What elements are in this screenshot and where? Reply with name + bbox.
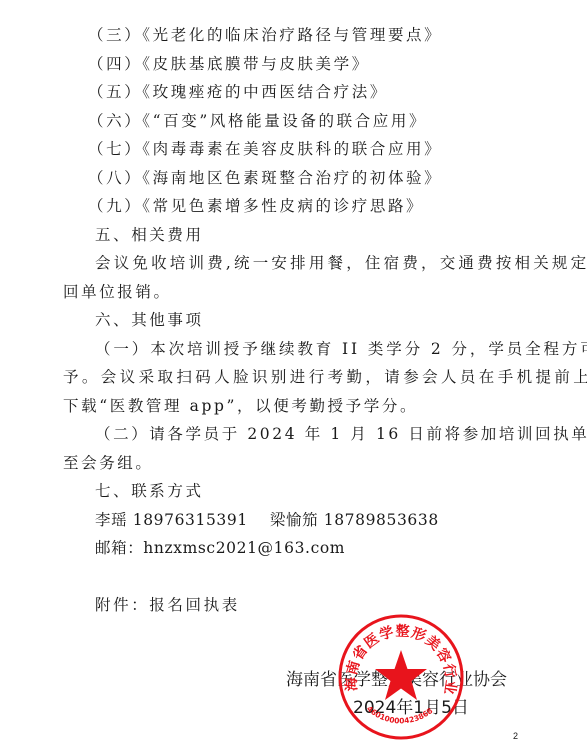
fees-text: 回单位报销。 <box>63 282 172 302</box>
other-text: （二）请各学员于 2024 年 1 月 16 日前将参加培训回执单发送 <box>95 424 587 444</box>
agenda-item: （五）《玫瑰痤疮的中西医结合疗法》 <box>88 82 388 102</box>
page-number: 2 <box>513 731 518 741</box>
agenda-item: （四）《皮肤基底膜带与皮肤美学》 <box>88 54 370 74</box>
agenda-item: （九）《常见色素增多性皮病的诊疗思路》 <box>88 196 424 216</box>
section-heading-other: 六、其他事项 <box>95 310 204 330</box>
other-text: 至会务组。 <box>63 453 154 473</box>
section-heading-contact: 七、联系方式 <box>95 481 204 501</box>
official-seal-icon: 海南省医学整形美容行业协会 46010000423868 <box>336 612 466 742</box>
other-text: （一）本次培训授予继续教育 II 类学分 2 分，学员全程方可授 <box>95 339 587 359</box>
fees-text: 会议免收培训费,统一安排用餐，住宿费，交通费按相关规定 <box>95 253 587 273</box>
other-text: 予。会议采取扫码人脸识别进行考勤，请参会人员在手机提前上 <box>63 367 587 387</box>
agenda-item: （七）《肉毒毒素在美容皮肤科的联合应用》 <box>88 139 442 159</box>
svg-text:46010000423868: 46010000423868 <box>365 704 434 725</box>
agenda-item: （六）《“百变”风格能量设备的联合应用》 <box>88 111 427 131</box>
attachment-note: 附件：报名回执表 <box>95 595 240 615</box>
contact-email: 邮箱：hnzxmsc2021@163.com <box>95 538 345 558</box>
contact-phones: 李瑶 18976315391 梁愉笳 18789853638 <box>95 510 439 530</box>
section-heading-fees: 五、相关费用 <box>95 225 204 245</box>
agenda-item: （八）《海南地区色素斑整合治疗的初体验》 <box>88 168 442 188</box>
other-text: 下载“医教管理 app”，以便考勤授予学分。 <box>63 396 418 416</box>
agenda-item: （三）《光老化的临床治疗路径与管理要点》 <box>88 25 442 45</box>
seal-code: 46010000423868 <box>365 704 434 725</box>
